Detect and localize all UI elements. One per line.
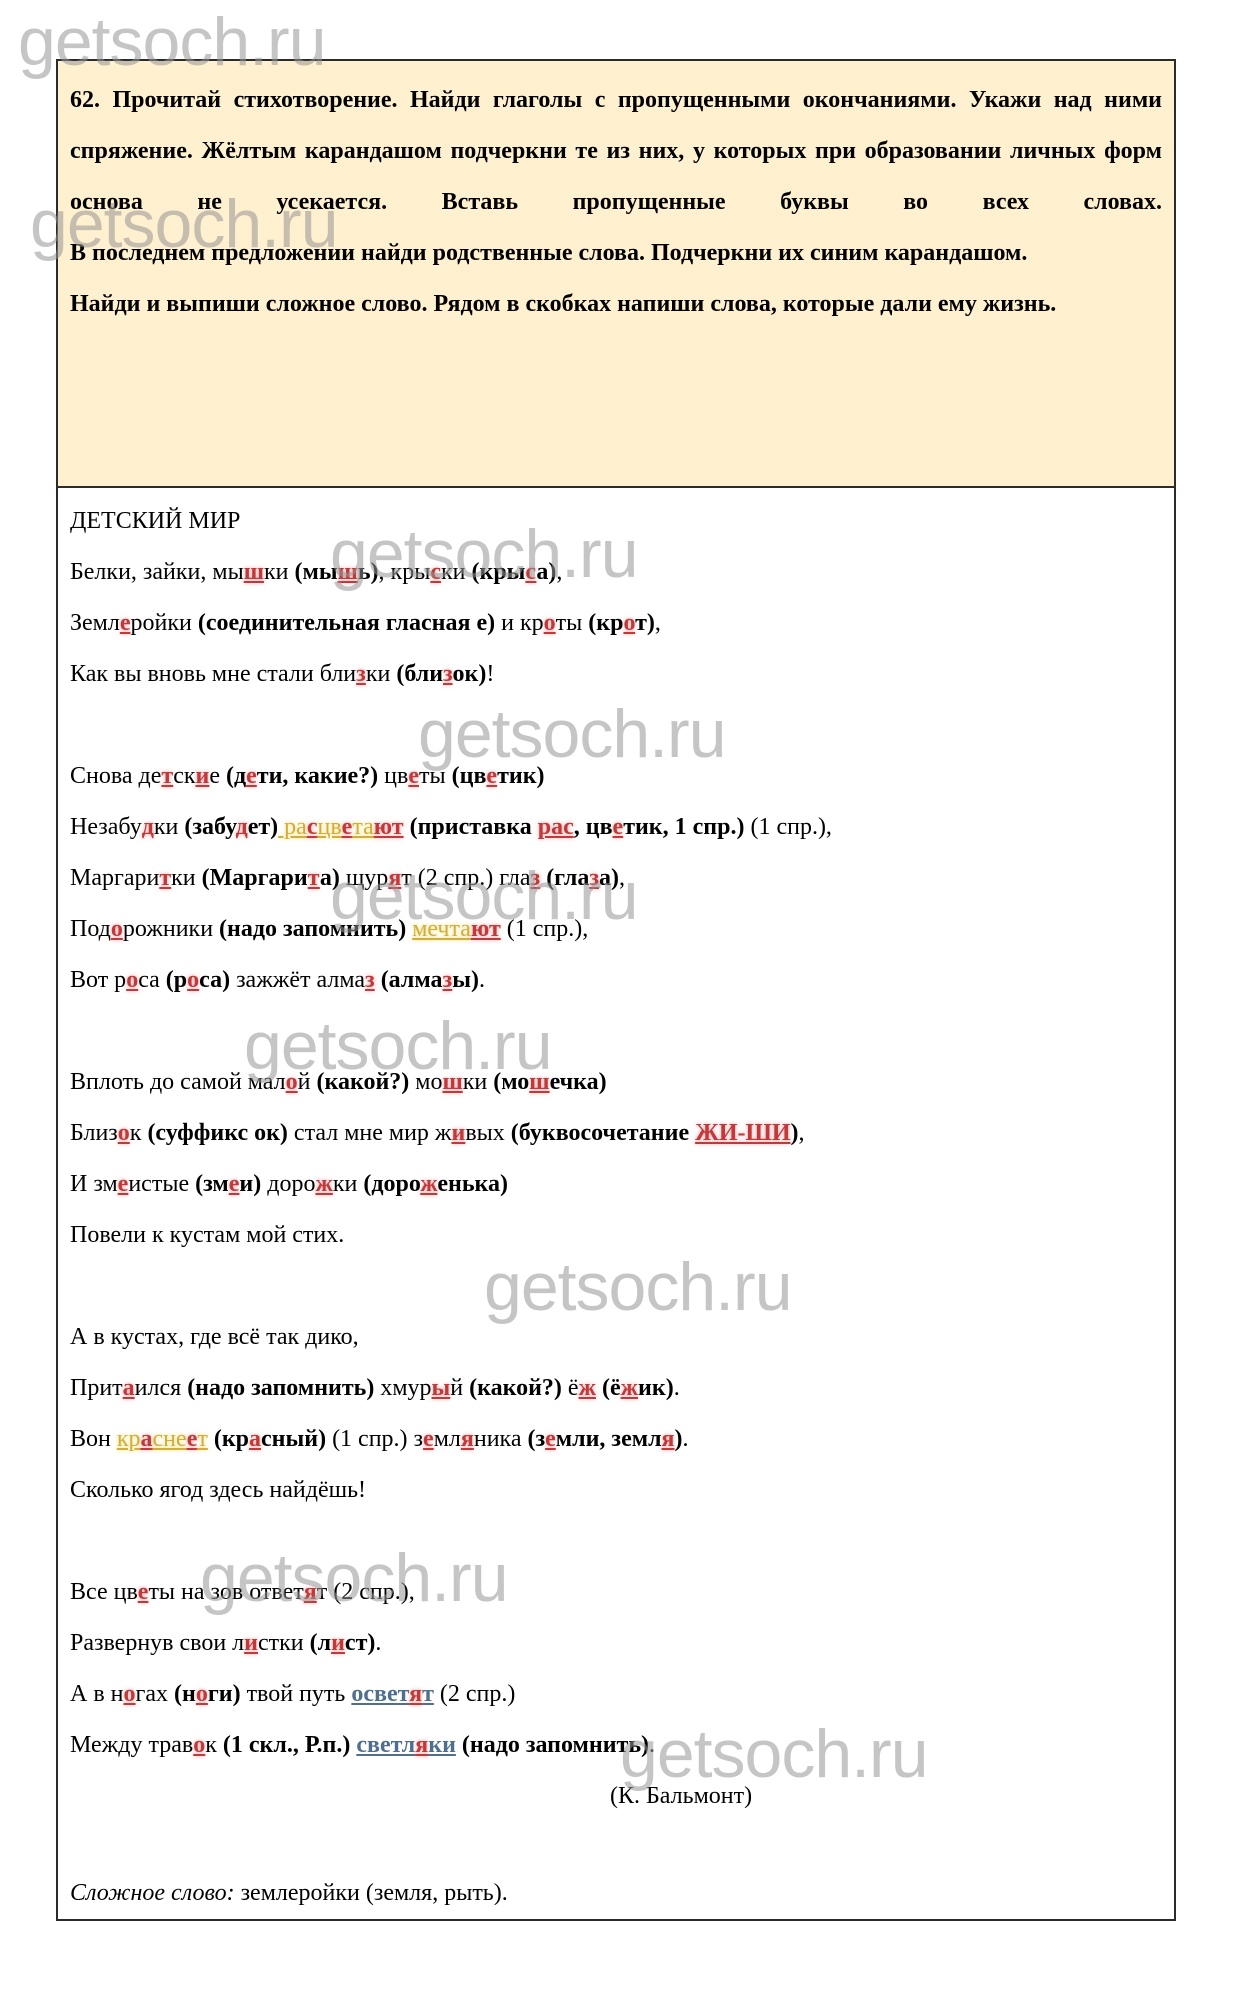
hint-text: (з (527, 1426, 545, 1452)
text: Белки, зайки, мы (70, 559, 244, 585)
text: Все цв (70, 1579, 138, 1605)
poem-author: (К. Бальмонт) (70, 1771, 1162, 1822)
text: Прит (70, 1375, 123, 1401)
text: ки (366, 661, 397, 687)
hint-text: а) (320, 865, 340, 891)
text: ройки (131, 610, 198, 636)
text: ск (173, 763, 195, 789)
poem-title: ДЕТСКИЙ МИР (70, 496, 1162, 547)
poem-line: Вот роса (роса) зажжёт алмаз (алмазы). (70, 955, 1162, 1006)
text: ты на зов ответ (148, 1579, 303, 1605)
related-word-blue: ки (428, 1732, 456, 1758)
text: Снова де (70, 763, 161, 789)
missing-letter: е (408, 763, 419, 789)
text: хмур (374, 1375, 431, 1401)
poem-line: Близок (суффикс ок) стал мне мир живых (… (70, 1108, 1162, 1159)
text: е (209, 763, 226, 789)
text: вых (465, 1120, 510, 1146)
text: Вон (70, 1426, 117, 1452)
missing-letter: з (443, 661, 453, 687)
hint-text: (р (166, 967, 187, 993)
missing-letter: д (236, 814, 248, 840)
text: Вот р (70, 967, 126, 993)
text: (1 спр.) з (326, 1426, 423, 1452)
missing-letter: е (486, 763, 497, 789)
missing-letter: и (244, 1630, 258, 1656)
missing-letter: а (249, 1426, 261, 1452)
hint-text: и) (239, 1171, 261, 1197)
missing-letter: я (409, 1681, 422, 1707)
missing-letter: з (365, 967, 375, 993)
missing-letter: д (142, 814, 154, 840)
text: ился (135, 1375, 188, 1401)
text: ки (333, 1171, 364, 1197)
text: А в кустах, где всё так дико, (70, 1324, 359, 1350)
hint-text: (Маргари (202, 865, 308, 891)
missing-letter: ют (374, 814, 404, 840)
text: ки (441, 559, 472, 585)
hint-text: тик) (497, 763, 544, 789)
task-paragraph-1: 62. Прочитай стихотворение. Найди глагол… (70, 75, 1162, 228)
note-text: землеройки (земля, рыть). (235, 1880, 508, 1906)
text: Развернув свои л (70, 1630, 244, 1656)
missing-letter: ы (432, 1375, 451, 1401)
missing-letter: а (141, 1426, 153, 1452)
related-word-blue: освет (351, 1681, 409, 1707)
verb-yellow: та (352, 814, 373, 840)
poem-line: Между травок (1 скл., Р.п.) светляки (на… (70, 1720, 1162, 1771)
related-word-blue: т (422, 1681, 434, 1707)
missing-letter: о (623, 610, 635, 636)
poem-line: Притаился (надо запомнить) хмурый (какой… (70, 1363, 1162, 1414)
missing-letter: я (415, 1732, 428, 1758)
missing-letter: о (124, 1681, 136, 1707)
hint-text: (доро (363, 1171, 420, 1197)
hint-text: (надо запомнить) (219, 916, 406, 942)
missing-letter: т (159, 865, 171, 891)
hint-text: (д (226, 763, 246, 789)
missing-letter: ж (315, 1171, 332, 1197)
hint-text: , цв (574, 814, 613, 840)
compound-word-note: Сложное слово: землеройки (земля, рыть). (70, 1868, 1162, 1919)
text: ки (264, 559, 295, 585)
hint-text: ечка) (550, 1069, 607, 1095)
missing-letter: е (342, 814, 353, 840)
text: к (130, 1120, 148, 1146)
missing-letter: я (461, 1426, 474, 1452)
text: к (205, 1732, 223, 1758)
hint-text: (ё (602, 1375, 621, 1401)
poem-lines: Белки, зайки, мышки (мышь), крыски (крыс… (70, 547, 1162, 1771)
text: твой путь (241, 1681, 352, 1707)
hint-text: са) (199, 967, 230, 993)
missing-letter: е (229, 1171, 240, 1197)
text: доро (261, 1171, 315, 1197)
text: (2 спр.) (434, 1681, 515, 1707)
task-paragraph-2: В последнем предложении найди родственны… (70, 228, 1162, 279)
stanza-break (70, 1006, 1162, 1057)
verb-yellow: сне (153, 1426, 187, 1452)
text: . (479, 967, 485, 993)
missing-letter: ж (579, 1375, 596, 1401)
missing-letter: ш (529, 1069, 549, 1095)
hint-text: ст) (345, 1630, 375, 1656)
text: А в н (70, 1681, 124, 1707)
missing-letter: и (196, 763, 210, 789)
text: гах (136, 1681, 175, 1707)
text: истые (128, 1171, 195, 1197)
text: , (619, 865, 625, 891)
missing-letter: а (123, 1375, 135, 1401)
text: , кры (379, 559, 431, 585)
text: мл (434, 1426, 461, 1452)
related-word-blue: светл (356, 1732, 415, 1758)
text: са (138, 967, 166, 993)
hint-text: (забу (184, 814, 235, 840)
missing-letter: ж (621, 1375, 638, 1401)
hint-text: (мы (295, 559, 338, 585)
text: Незабу (70, 814, 142, 840)
text: Земл (70, 610, 120, 636)
hint-text: (надо запомнить) (462, 1732, 649, 1758)
missing-letter: о (126, 967, 138, 993)
text: . (375, 1630, 381, 1656)
hint-text: (кр (588, 610, 623, 636)
missing-letter: о (118, 1120, 130, 1146)
text: , (655, 610, 661, 636)
missing-letter: о (111, 916, 123, 942)
missing-letter: я (388, 865, 401, 891)
hint-text: (кры (472, 559, 526, 585)
text: цв (378, 763, 408, 789)
missing-letter: ш (442, 1069, 462, 1095)
missing-letter: я (304, 1579, 317, 1605)
text: , (799, 1120, 805, 1146)
text: т (2 спр.) гла (401, 865, 530, 891)
missing-letter: е (138, 1579, 149, 1605)
missing-letter: е (423, 1426, 434, 1452)
text: ника (474, 1426, 528, 1452)
missing-letter: ж (420, 1171, 437, 1197)
hint-text: сный) (261, 1426, 326, 1452)
text: ё (562, 1375, 579, 1401)
text: И зм (70, 1171, 118, 1197)
poem-line: Вплоть до самой малой (какой?) мошки (мо… (70, 1057, 1162, 1108)
poem-line: Незабудки (забудет) расцветают (приставк… (70, 802, 1162, 853)
text: ! (486, 661, 494, 687)
text: ки (463, 1069, 494, 1095)
missing-letter: ш (338, 559, 358, 585)
hint-text: мли, земл (556, 1426, 662, 1452)
missing-letter: з (589, 865, 599, 891)
hint-text: а) (599, 865, 619, 891)
text: Сколько ягод здесь найдёшь! (70, 1477, 366, 1503)
hint-text: тик, 1 спр.) (623, 814, 744, 840)
hint-text: (гла (546, 865, 589, 891)
hint-text: (суффикс ок) (147, 1120, 287, 1146)
poem-line: Все цветы на зов ответят (2 спр.), (70, 1567, 1162, 1618)
text: . (674, 1375, 680, 1401)
hint-text: (какой?) (469, 1375, 562, 1401)
hint-text: (какой?) (317, 1069, 410, 1095)
missing-letter: з (356, 661, 366, 687)
hint-text: а) (536, 559, 556, 585)
hint-text: ок) (453, 661, 487, 687)
hint-text: ) (675, 1426, 683, 1452)
verb-yellow: т (197, 1426, 208, 1452)
hint-text: (бли (396, 661, 443, 687)
task-paragraph-3: Найди и выпиши сложное слово. Рядом в ск… (70, 279, 1162, 330)
missing-letter: о (196, 1681, 208, 1707)
stanza-break (70, 1261, 1162, 1312)
missing-letter: с (307, 814, 318, 840)
hint-text: ь) (358, 559, 379, 585)
missing-letter: е (246, 763, 257, 789)
text: мо (409, 1069, 442, 1095)
text: Между трав (70, 1732, 193, 1758)
hint-text: (приставка (410, 814, 538, 840)
text: Близ (70, 1120, 118, 1146)
exercise-card: 62. Прочитай стихотворение. Найди глагол… (56, 59, 1176, 1921)
missing-letter: о (286, 1069, 298, 1095)
text: й (298, 1069, 317, 1095)
hint-text: ы) (452, 967, 479, 993)
text: (1 спр.), (501, 916, 588, 942)
poem-line: Повели к кустам мой стих. (70, 1210, 1162, 1261)
hint-text: (надо запомнить) (187, 1375, 374, 1401)
missing-letter: ш (244, 559, 264, 585)
hint-text: (алма (381, 967, 443, 993)
text: ты (419, 763, 452, 789)
text: стки (258, 1630, 310, 1656)
text: й (450, 1375, 469, 1401)
text: . (683, 1426, 689, 1452)
task-box: 62. Прочитай стихотворение. Найди глагол… (58, 61, 1174, 488)
text: ты (556, 610, 589, 636)
text: ки (171, 865, 202, 891)
poem-line: Снова детские (дети, какие?) цветы (цвет… (70, 751, 1162, 802)
text: и кр (495, 610, 544, 636)
missing-letter: з (531, 865, 541, 891)
missing-letter: с (430, 559, 441, 585)
stanza-break (70, 700, 1162, 751)
text: Маргари (70, 865, 159, 891)
text: стал мне мир ж (288, 1120, 452, 1146)
missing-letter: и (452, 1120, 466, 1146)
hint-text: ет) (248, 814, 278, 840)
missing-letter: и (331, 1630, 345, 1656)
missing-letter: е (118, 1171, 129, 1197)
poem-line: Развернув свои листки (лист). (70, 1618, 1162, 1669)
text: Как вы вновь мне стали бли (70, 661, 356, 687)
missing-letter: ют (471, 916, 501, 942)
missing-letter: я (662, 1426, 675, 1452)
missing-letter: е (545, 1426, 556, 1452)
hint-text: ик) (638, 1375, 674, 1401)
hint-text: енька) (437, 1171, 508, 1197)
verb-yellow: ра (278, 814, 307, 840)
missing-letter: о (187, 967, 199, 993)
poem-line: И змеистые (змеи) дорожки (дороженька) (70, 1159, 1162, 1210)
text: , (556, 559, 562, 585)
hint-text: (буквосочетание (511, 1120, 695, 1146)
hint-text: (мо (493, 1069, 529, 1095)
missing-letter: е (613, 814, 624, 840)
missing-letter: о (544, 610, 556, 636)
missing-letter: т (161, 763, 173, 789)
hint-text: ти, какие?) (257, 763, 378, 789)
text: Вплоть до самой мал (70, 1069, 286, 1095)
stanza-break (70, 1516, 1162, 1567)
poem: ДЕТСКИЙ МИР Белки, зайки, мышки (мышь), … (58, 488, 1174, 1919)
hint-text: (соединительная гласная е) (198, 610, 495, 636)
missing-letter: т (308, 865, 320, 891)
poem-line: Сколько ягод здесь найдёшь! (70, 1465, 1162, 1516)
hint-text: (1 скл., Р.п.) (223, 1732, 350, 1758)
poem-line: Белки, зайки, мышки (мышь), крыски (крыс… (70, 547, 1162, 598)
hint-text: (л (310, 1630, 331, 1656)
hint-text: (цв (452, 763, 487, 789)
missing-letter: ЖИ-ШИ (695, 1120, 790, 1146)
text: (1 спр.), (744, 814, 831, 840)
text: Повели к кустам мой стих. (70, 1222, 344, 1248)
hint-text: ) (791, 1120, 799, 1146)
verb-yellow: цв (317, 814, 341, 840)
poem-line: А в ногах (ноги) твой путь осветят (2 сп… (70, 1669, 1162, 1720)
hint-text: (н (174, 1681, 196, 1707)
poem-line: Вон краснеет (красный) (1 спр.) земляник… (70, 1414, 1162, 1465)
text: щур (340, 865, 388, 891)
verb-yellow: мечта (412, 916, 471, 942)
missing-letter: е (120, 610, 131, 636)
poem-line: Маргаритки (Маргарита) щурят (2 спр.) гл… (70, 853, 1162, 904)
missing-letter: с (525, 559, 536, 585)
poem-line: Подорожники (надо запомнить) мечтают (1 … (70, 904, 1162, 955)
text: ки (154, 814, 185, 840)
poem-line: Землеройки (соединительная гласная е) и … (70, 598, 1162, 649)
missing-letter: о (193, 1732, 205, 1758)
text: Под (70, 916, 111, 942)
text: . (649, 1732, 655, 1758)
hint-text: ги) (208, 1681, 241, 1707)
missing-letter: рас (538, 814, 574, 840)
hint-text: т) (635, 610, 655, 636)
verb-yellow: кр (117, 1426, 141, 1452)
missing-letter: е (187, 1426, 198, 1452)
text: зажжёт алма (230, 967, 365, 993)
note-label: Сложное слово: (70, 1880, 235, 1906)
text: рожники (123, 916, 219, 942)
hint-text: (зм (195, 1171, 229, 1197)
poem-line: А в кустах, где всё так дико, (70, 1312, 1162, 1363)
missing-letter: з (443, 967, 453, 993)
poem-line: Как вы вновь мне стали близки (близок)! (70, 649, 1162, 700)
hint-text: (кр (214, 1426, 249, 1452)
text: т (2 спр.), (317, 1579, 415, 1605)
